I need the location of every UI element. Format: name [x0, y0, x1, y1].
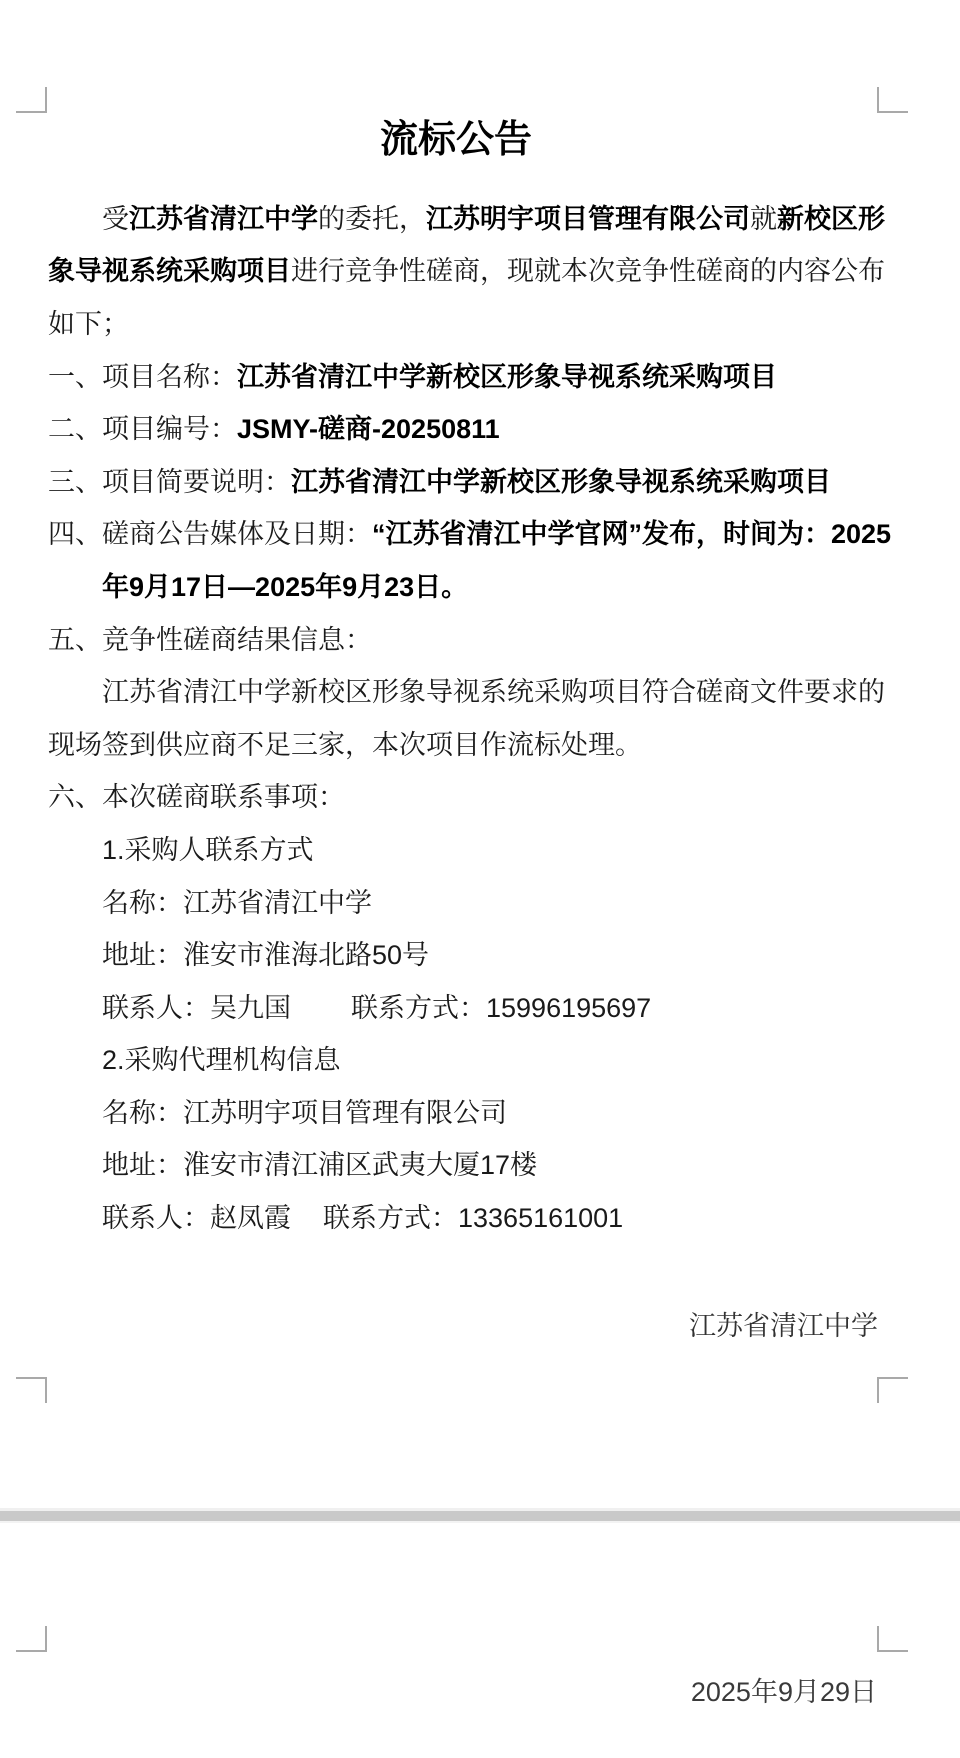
announcement-title: 流标公告 — [0, 112, 912, 168]
signature: 江苏省清江中学 — [689, 1300, 878, 1352]
item-announce-media-line-1: 四、磋商公告媒体及日期：“江苏省清江中学官网”发布，时间为：2025 — [48, 506, 882, 559]
intro-line-3: 如下； — [48, 295, 882, 348]
item-label: 一、项目名称： — [48, 355, 237, 394]
intro-text: 就 — [750, 197, 777, 236]
item-project-summary: 三、项目简要说明：江苏省清江中学新校区形象导视系统采购项目 — [48, 453, 882, 506]
contact-text: 地址：淮安市清江浦区武夷大厦17楼 — [102, 1143, 537, 1182]
item-contact-heading: 六、本次磋商联系事项： — [48, 769, 882, 822]
contact-header-text: 2.采购代理机构信息 — [102, 1038, 341, 1077]
item-value: JSMY-磋商-20250811 — [237, 407, 500, 446]
contact-person: 联系人：赵凤霞 — [102, 1196, 291, 1235]
item-label: 四、磋商公告媒体及日期： — [48, 512, 372, 551]
purchaser-address: 地址：淮安市淮海北路50号 — [48, 926, 882, 979]
margin-mark-icon-top-right — [877, 87, 908, 113]
item-announce-media-line-2: 年9月17日—2025年9月23日。 — [48, 558, 882, 611]
purchaser-contact-line: 联系人：吴九国联系方式：15996195697 — [48, 979, 882, 1032]
intro-line-2: 象导视系统采购项目进行竞争性磋商，现就本次竞争性磋商的内容公布 — [48, 243, 882, 296]
contact-text: 地址：淮安市淮海北路50号 — [102, 933, 429, 972]
document-body: 受江苏省清江中学的委托，江苏明宇项目管理有限公司就新校区形 象导视系统采购项目进… — [48, 190, 882, 1242]
margin-mark-icon-top-left — [16, 87, 47, 113]
document-view: 流标公告 受江苏省清江中学的委托，江苏明宇项目管理有限公司就新校区形 象导视系统… — [0, 0, 960, 1758]
agency-contact-line: 联系人：赵凤霞联系方式：13365161001 — [48, 1189, 882, 1242]
result-text: 现场签到供应商不足三家，本次项目作流标处理。 — [48, 723, 642, 762]
result-line-2: 现场签到供应商不足三家，本次项目作流标处理。 — [48, 716, 882, 769]
agency-address: 地址：淮安市清江浦区武夷大厦17楼 — [48, 1137, 882, 1190]
purchaser-name-bold: 江苏省清江中学 — [129, 197, 318, 236]
item-label: 三、项目简要说明： — [48, 460, 291, 499]
result-text: 江苏省清江中学新校区形象导视系统采购项目符合磋商文件要求的 — [102, 670, 885, 709]
item-label: 六、本次磋商联系事项： — [48, 775, 345, 814]
contact-phone: 联系方式：15996195697 — [351, 986, 651, 1025]
intro-text: 受 — [102, 197, 129, 236]
margin-mark-icon-bottom-right — [877, 1377, 908, 1403]
item-label: 二、项目编号： — [48, 407, 237, 446]
result-line-1: 江苏省清江中学新校区形象导视系统采购项目符合磋商文件要求的 — [48, 663, 882, 716]
item-value: 年9月17日—2025年9月23日。 — [102, 565, 468, 604]
item-value: “江苏省清江中学官网”发布，时间为：2025 — [372, 512, 891, 551]
purchaser-header: 1.采购人联系方式 — [48, 821, 882, 874]
contact-phone: 联系方式：13365161001 — [323, 1196, 623, 1235]
item-label: 五、竞争性磋商结果信息： — [48, 618, 372, 657]
agency-name-bold: 江苏明宇项目管理有限公司 — [426, 197, 750, 236]
item-project-number: 二、项目编号：JSMY-磋商-20250811 — [48, 400, 882, 453]
margin-mark-icon-page2-top-right — [877, 1626, 908, 1652]
margin-mark-icon-page2-top-left — [16, 1626, 47, 1652]
page-gap-separator — [0, 1508, 960, 1523]
intro-line-1: 受江苏省清江中学的委托，江苏明宇项目管理有限公司就新校区形 — [48, 190, 882, 243]
item-project-name: 一、项目名称：江苏省清江中学新校区形象导视系统采购项目 — [48, 348, 882, 401]
document-date: 2025年9月29日 — [691, 1666, 877, 1718]
item-value: 江苏省清江中学新校区形象导视系统采购项目 — [237, 355, 777, 394]
contact-person: 联系人：吴九国 — [102, 986, 291, 1025]
intro-text: 的委托， — [318, 197, 426, 236]
item-result-heading: 五、竞争性磋商结果信息： — [48, 611, 882, 664]
contact-text: 名称：江苏省清江中学 — [102, 881, 372, 920]
contact-text: 名称：江苏明宇项目管理有限公司 — [102, 1091, 507, 1130]
intro-text: 进行竞争性磋商，现就本次竞争性磋商的内容公布 — [291, 249, 885, 288]
project-name-bold: 新校区形 — [777, 197, 885, 236]
agency-header: 2.采购代理机构信息 — [48, 1032, 882, 1085]
item-value: 江苏省清江中学新校区形象导视系统采购项目 — [291, 460, 831, 499]
margin-mark-icon-bottom-left — [16, 1377, 47, 1403]
purchaser-name: 名称：江苏省清江中学 — [48, 874, 882, 927]
intro-text: 如下； — [48, 302, 129, 341]
agency-name: 名称：江苏明宇项目管理有限公司 — [48, 1084, 882, 1137]
page-1: 流标公告 受江苏省清江中学的委托，江苏明宇项目管理有限公司就新校区形 象导视系统… — [0, 0, 960, 1508]
project-name-bold: 象导视系统采购项目 — [48, 249, 291, 288]
page-2 — [0, 1523, 960, 1758]
contact-header-text: 1.采购人联系方式 — [102, 828, 314, 867]
